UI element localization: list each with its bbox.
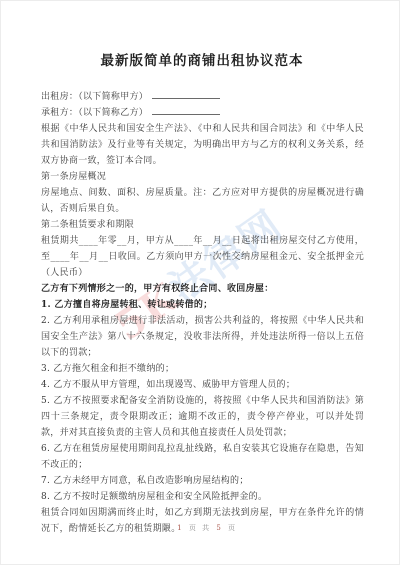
fill-in-blank <box>152 90 220 99</box>
total-page-number: 5 <box>215 524 223 532</box>
paragraph-text: 7. 乙方未经甲方同意，私自改造影响房屋结构的； <box>41 476 249 486</box>
paragraph: 8. 乙方不按时足额缴纳房屋租金和安全风险抵押金的。 <box>41 489 364 505</box>
document-body: 出租房：（以下简称甲方）承租方：（以下简称乙方）根据《中华人民共和国安全生产法》… <box>41 89 364 537</box>
paragraph: 7. 乙方未经甲方同意，私自改造影响房屋结构的； <box>41 473 364 489</box>
paragraph-text: 1. 乙方擅自将房屋转租、转让或转借的； <box>41 300 213 310</box>
footer-suffix: 页 <box>228 524 237 532</box>
paragraph-text: 房屋地点、间数、面积、房屋质量。注：乙方应对甲方提供的房屋概况进行确认，否则后果… <box>41 188 364 214</box>
paragraph-text: 3. 乙方拖欠租金和拒不缴纳的； <box>41 364 174 374</box>
paragraph: 承租方：（以下简称乙方） <box>41 105 364 121</box>
paragraph: 5. 乙方不按照要求配备安全消防设施的，将按照《中华人民共和国消防法》第四十三条… <box>41 393 364 441</box>
paragraph: 根据《中华人民共和国安全生产法》、《中和人民共和国合同法》和《中华人民共和国消防… <box>41 121 364 169</box>
paragraph: 4. 乙方不服从甲方管理，如出现谩骂、威胁甲方管理人员的； <box>41 377 364 393</box>
paragraph-text: 第一条房屋概况 <box>41 172 106 182</box>
footer-middle: 页 共 <box>189 524 211 532</box>
paragraph-text: 出租房：（以下简称甲方） <box>41 92 148 102</box>
paragraph: 1. 乙方擅自将房屋转租、转让或转借的； <box>41 297 364 313</box>
paragraph-text: 承租方：（以下简称乙方） <box>41 108 148 118</box>
paragraph: 2. 乙方利用承租房屋进行非法活动，损害公共利益的，将按照《中华人民共和国安全生… <box>41 313 364 361</box>
paragraph: 6. 乙方在租赁房屋使用期间乱拉乱扯线路，私自安装其它设施存在隐患，告知不改正的… <box>41 441 364 473</box>
paragraph-text: 乙方有下列情形之一的，甲方有权终止合同、收回房屋： <box>41 284 274 294</box>
paragraph: 乙方有下列情形之一的，甲方有权终止合同、收回房屋： <box>41 281 364 297</box>
paragraph: 出租房：（以下简称甲方） <box>41 89 364 105</box>
page-number-footer: 第 1 页 共 5 页 <box>1 523 399 533</box>
document-title: 最新版简单的商铺出租协议范本 <box>41 49 363 69</box>
paragraph-text: 2. 乙方利用承租房屋进行非法活动，损害公共利益的，将按照《中华人民共和国安全生… <box>41 316 364 358</box>
paragraph-text: 租赁期共____年零__月，甲方从____年__月__日起将出租房屋交付乙方使用… <box>41 236 364 278</box>
paragraph: 房屋地点、间数、面积、房屋质量。注：乙方应对甲方提供的房屋概况进行确认，否则后果… <box>41 185 364 217</box>
current-page-number: 1 <box>176 524 184 532</box>
contract-page: 5K法律网 最新版简单的商铺出租协议范本 出租房：（以下简称甲方）承租方：（以下… <box>0 0 400 565</box>
paragraph: 第二条租赁要求和期限 <box>41 217 364 233</box>
paragraph-text: 5. 乙方不按照要求配备安全消防设施的，将按照《中华人民共和国消防法》第四十三条… <box>41 396 364 438</box>
paragraph: 3. 乙方拖欠租金和拒不缴纳的； <box>41 361 364 377</box>
paragraph-text: 6. 乙方在租赁房屋使用期间乱拉乱扯线路，私自安装其它设施存在隐患，告知不改正的… <box>41 444 364 470</box>
paragraph-text: 4. 乙方不服从甲方管理，如出现谩骂、威胁甲方管理人员的； <box>41 380 295 390</box>
footer-prefix: 第 <box>163 524 172 532</box>
paragraph-text: 第二条租赁要求和期限 <box>41 220 134 230</box>
paragraph: 第一条房屋概况 <box>41 169 364 185</box>
paragraph-text: 根据《中华人民共和国安全生产法》、《中和人民共和国合同法》和《中华人民共和国消防… <box>41 124 364 166</box>
paragraph-text: 8. 乙方不按时足额缴纳房屋租金和安全风险抵押金的。 <box>41 492 267 502</box>
paragraph: 租赁期共____年零__月，甲方从____年__月__日起将出租房屋交付乙方使用… <box>41 233 364 281</box>
fill-in-blank <box>152 106 220 115</box>
